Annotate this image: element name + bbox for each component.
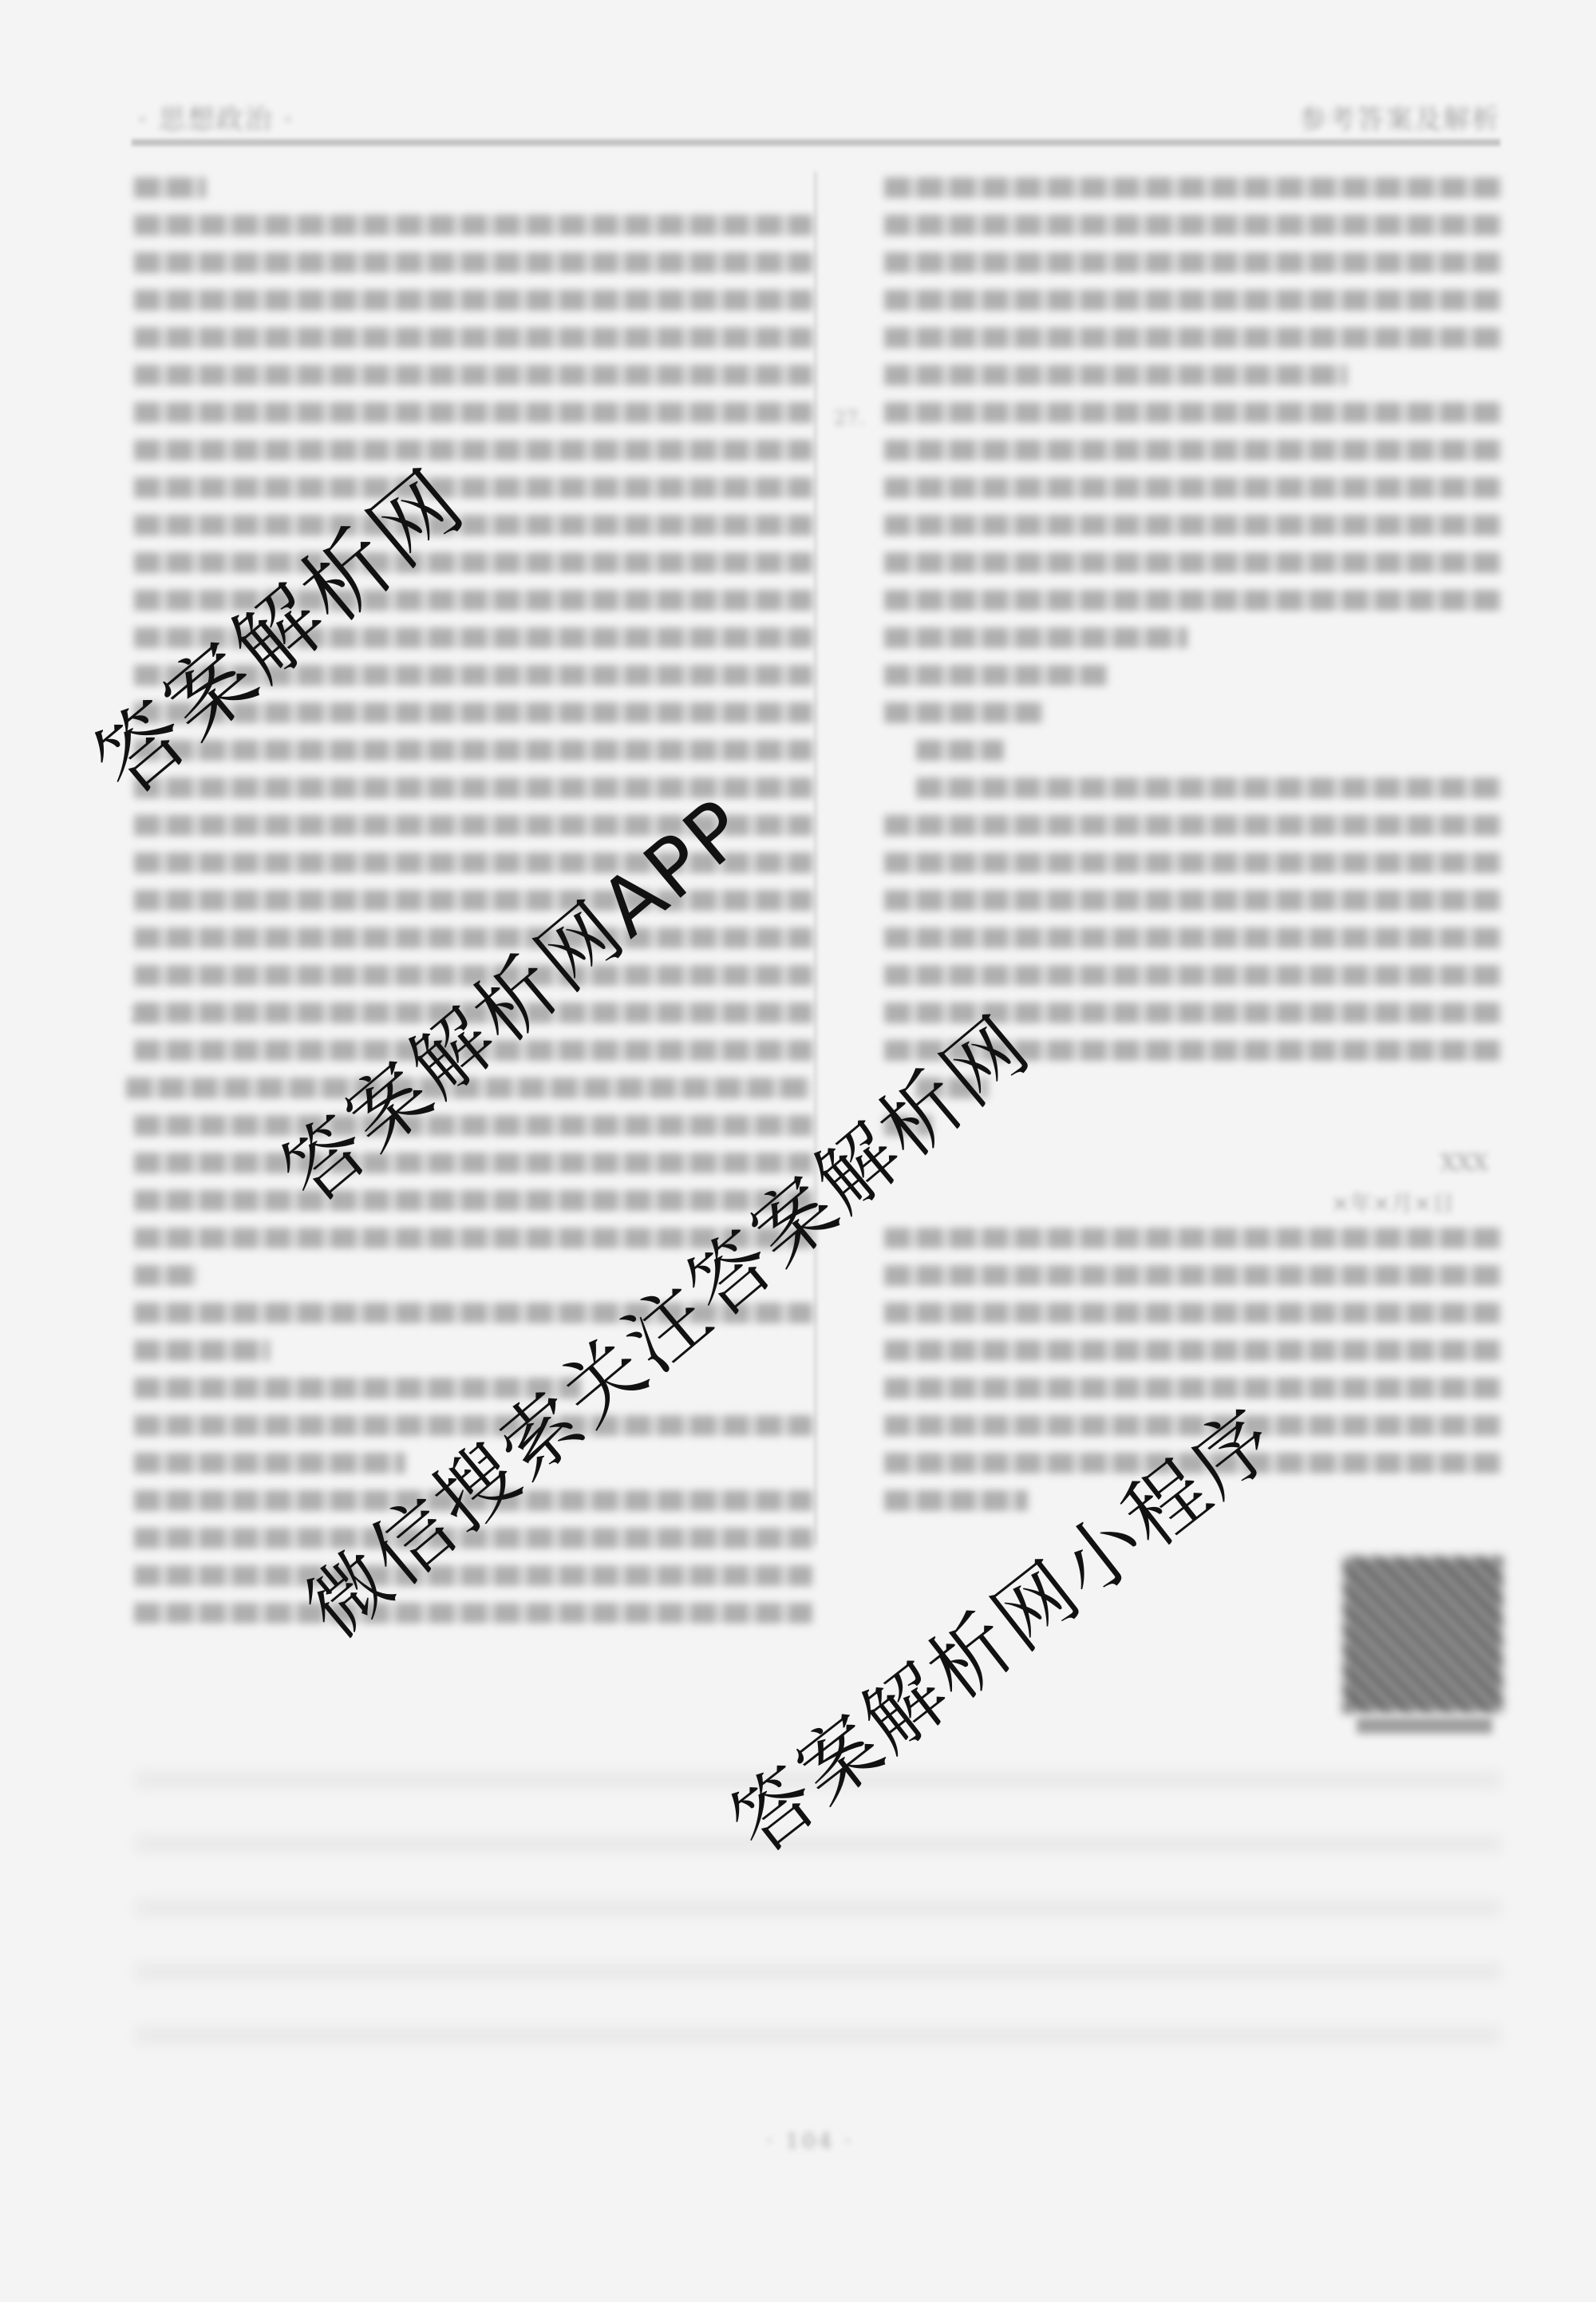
text-line <box>884 365 1347 386</box>
page-number: · 104 · <box>766 2130 855 2154</box>
text-line <box>884 928 1503 948</box>
text-line <box>884 440 1503 461</box>
text-line <box>884 1490 1028 1511</box>
text-line <box>134 177 206 198</box>
text-line <box>884 1265 1503 1286</box>
qr-caption <box>1357 1718 1492 1734</box>
text-line <box>884 1378 1503 1398</box>
signature: XXX <box>1440 1149 1488 1176</box>
signature-date: ×年×月×日 <box>1331 1186 1454 1218</box>
text-line <box>134 215 812 235</box>
text-line <box>884 215 1503 235</box>
question-27-line <box>884 402 1503 423</box>
text-line <box>884 627 1187 648</box>
right-column <box>852 177 1503 1528</box>
greeting-line <box>916 740 1004 761</box>
text-line <box>884 702 1044 723</box>
text-line <box>916 777 1503 798</box>
text-line <box>884 890 1503 911</box>
text-line <box>134 1115 812 1136</box>
header-rule <box>132 139 1500 146</box>
text-line <box>134 327 812 348</box>
text-line <box>134 1340 270 1361</box>
text-line <box>884 1303 1503 1323</box>
question-number: 27. <box>834 407 864 429</box>
text-line <box>134 1565 812 1586</box>
text-line <box>884 965 1503 986</box>
text-line <box>134 402 812 423</box>
text-line <box>884 290 1503 310</box>
text-line <box>884 590 1503 611</box>
text-line <box>134 252 812 273</box>
text-line <box>134 928 812 948</box>
text-line <box>884 815 1503 836</box>
text-line <box>884 327 1503 348</box>
text-line <box>134 740 812 761</box>
section-label: 参考答案及解析 <box>1299 97 1500 136</box>
text-line <box>884 852 1503 873</box>
text-line <box>134 552 812 573</box>
text-line <box>134 1265 198 1286</box>
subject-label: · 思想政治 · <box>138 97 294 136</box>
text-line <box>884 665 1108 686</box>
column-divider <box>814 172 817 1545</box>
text-line <box>134 365 812 386</box>
text-line <box>884 552 1503 573</box>
text-line <box>884 477 1503 498</box>
question-number: 26. <box>129 1004 160 1026</box>
text-line <box>134 1603 812 1624</box>
text-line <box>884 1340 1503 1361</box>
text-line <box>884 252 1503 273</box>
page-header: · 思想政治 · 参考答案及解析 <box>132 94 1500 142</box>
text-line <box>134 290 812 310</box>
text-line <box>884 1228 1503 1248</box>
text-line <box>134 477 812 498</box>
text-line <box>884 177 1503 198</box>
text-line <box>884 515 1503 536</box>
qr-code[interactable] <box>1343 1556 1503 1713</box>
text-line <box>134 1153 812 1173</box>
text-line <box>134 1453 405 1473</box>
text-line <box>134 440 812 461</box>
